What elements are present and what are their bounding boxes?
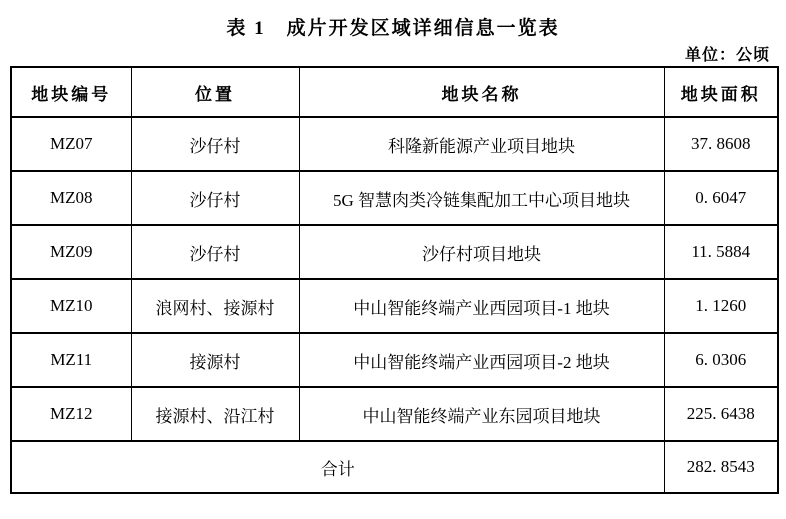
cell-plot-name: 中山智能终端产业西园项目-1 地块 — [299, 279, 664, 333]
table-title: 表 1 成片开发区域详细信息一览表 — [0, 13, 786, 40]
table-row: MZ12 接源村、沿江村 中山智能终端产业东园项目地块 225. 6438 — [11, 387, 778, 441]
land-parcel-table: 地块编号 位置 地块名称 地块面积 MZ07 沙仔村 科隆新能源产业项目地块 3… — [10, 66, 779, 494]
column-header-plot-code: 地块编号 — [11, 67, 131, 117]
document-page: 表 1 成片开发区域详细信息一览表 单位：公顷 地块编号 位置 地块名称 地块面… — [0, 0, 786, 519]
table-row: MZ09 沙仔村 沙仔村项目地块 11. 5884 — [11, 225, 778, 279]
table-row: MZ08 沙仔村 5G 智慧肉类冷链集配加工中心项目地块 0. 6047 — [11, 171, 778, 225]
cell-plot-area: 0. 6047 — [664, 171, 778, 225]
column-header-location: 位置 — [131, 67, 299, 117]
cell-plot-area: 225. 6438 — [664, 387, 778, 441]
cell-plot-code: MZ09 — [11, 225, 131, 279]
table-row: MZ10 浪网村、接源村 中山智能终端产业西园项目-1 地块 1. 1260 — [11, 279, 778, 333]
unit-label: 单位：公顷 — [685, 42, 770, 65]
cell-location: 接源村、沿江村 — [131, 387, 299, 441]
cell-plot-area: 11. 5884 — [664, 225, 778, 279]
column-header-plot-name: 地块名称 — [299, 67, 664, 117]
table-row: MZ07 沙仔村 科隆新能源产业项目地块 37. 8608 — [11, 117, 778, 171]
cell-plot-area: 6. 0306 — [664, 333, 778, 387]
cell-plot-name: 沙仔村项目地块 — [299, 225, 664, 279]
header-row: 地块编号 位置 地块名称 地块面积 — [11, 67, 778, 117]
table-row: MZ11 接源村 中山智能终端产业西园项目-2 地块 6. 0306 — [11, 333, 778, 387]
cell-plot-area: 37. 8608 — [664, 117, 778, 171]
cell-plot-code: MZ08 — [11, 171, 131, 225]
cell-location: 浪网村、接源村 — [131, 279, 299, 333]
cell-plot-name: 中山智能终端产业西园项目-2 地块 — [299, 333, 664, 387]
cell-plot-name: 中山智能终端产业东园项目地块 — [299, 387, 664, 441]
cell-plot-name: 科隆新能源产业项目地块 — [299, 117, 664, 171]
column-header-plot-area: 地块面积 — [664, 67, 778, 117]
cell-location: 接源村 — [131, 333, 299, 387]
cell-plot-code: MZ11 — [11, 333, 131, 387]
cell-plot-name: 5G 智慧肉类冷链集配加工中心项目地块 — [299, 171, 664, 225]
total-area: 282. 8543 — [664, 441, 778, 493]
cell-location: 沙仔村 — [131, 117, 299, 171]
cell-location: 沙仔村 — [131, 171, 299, 225]
cell-location: 沙仔村 — [131, 225, 299, 279]
cell-plot-code: MZ12 — [11, 387, 131, 441]
total-row: 合计 282. 8543 — [11, 441, 778, 493]
total-label: 合计 — [11, 441, 664, 493]
cell-plot-code: MZ07 — [11, 117, 131, 171]
cell-plot-code: MZ10 — [11, 279, 131, 333]
cell-plot-area: 1. 1260 — [664, 279, 778, 333]
